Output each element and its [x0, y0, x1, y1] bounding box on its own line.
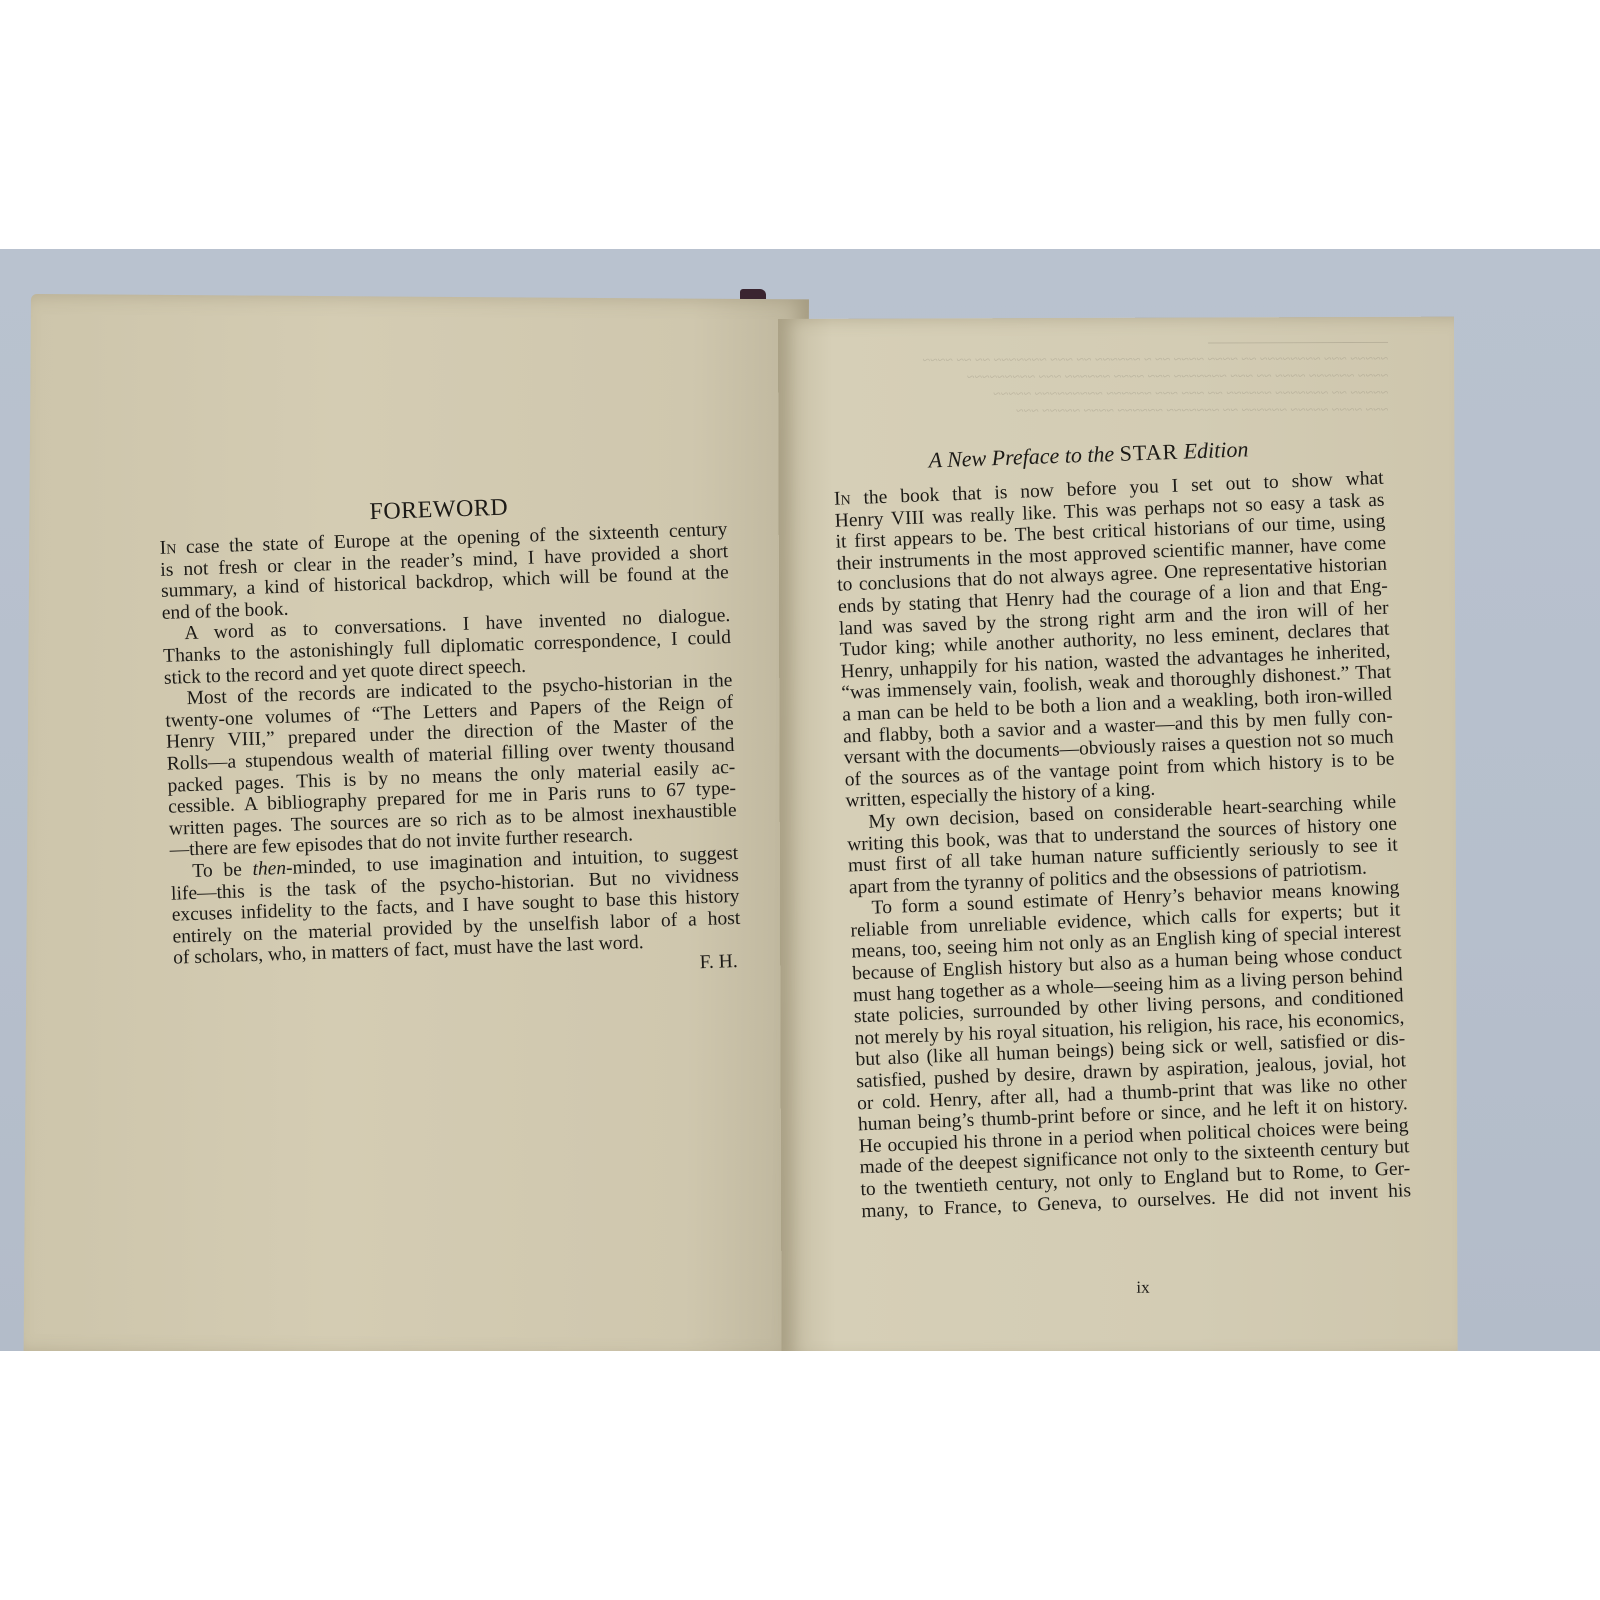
right-page: ~~~~~ ~~~ ~~~~~~~~ ~~ ~~~~ ~~~~ ~~ ~ ~~~… [778, 317, 1458, 1351]
show-through-text: ~~~~~ ~~~ ~~~~~~~~ ~~ ~~~~ ~~~~ ~~ ~ ~~~… [828, 342, 1388, 444]
preface-body: In the book that is now before you I set… [834, 468, 1412, 1223]
italic-word: then [252, 858, 286, 880]
preface-title-star: STAR [1119, 439, 1178, 466]
page-title: FOREWORD [369, 495, 508, 527]
dropcap: In [834, 488, 864, 510]
book-cover-edge [740, 289, 766, 299]
preface-title-part: Edition [1178, 436, 1249, 463]
text-fragment: To be [192, 859, 253, 882]
preface-title-part: A New Preface to the [928, 441, 1120, 473]
left-page: FOREWORD In case the state of Europe at … [24, 294, 809, 1351]
foreword-body: In case the state of Europe at the openi… [159, 519, 742, 991]
page-number: ix [1136, 1278, 1149, 1298]
dropcap: In [159, 537, 186, 559]
book-photo: FOREWORD In case the state of Europe at … [0, 249, 1600, 1351]
